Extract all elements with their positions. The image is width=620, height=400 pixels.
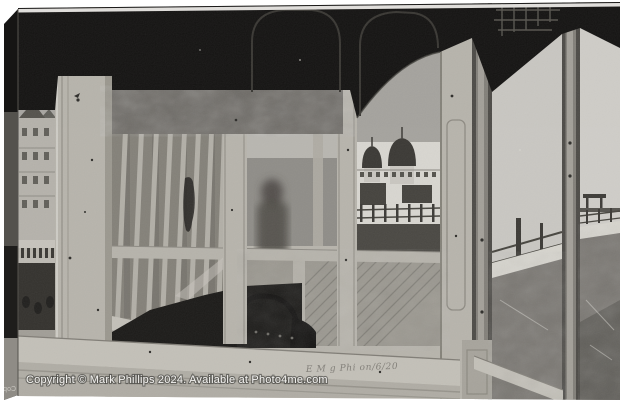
- photo-face: E M g Phi on/6/20: [18, 2, 620, 400]
- watermark: Copyright © Mark Phillips 2024. Availabl…: [26, 374, 328, 386]
- canvas-side-edge: Cop: [3, 9, 18, 400]
- film-grain: [18, 2, 620, 400]
- watermark-wrap-fragment: Cop: [3, 386, 16, 393]
- page-background: E M g Phi on/6/20: [0, 0, 620, 400]
- canvas-print-photo: E M g Phi on/6/20: [0, 0, 620, 400]
